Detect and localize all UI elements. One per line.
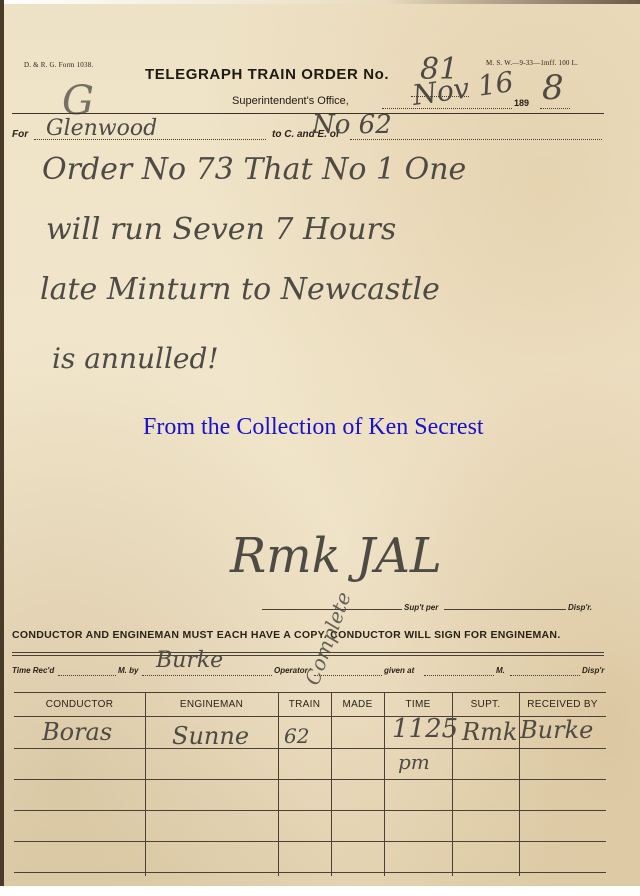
cell-time-suffix: pm xyxy=(398,750,430,774)
for-label: For xyxy=(12,129,28,140)
cell-conductor: Boras xyxy=(42,718,112,746)
date-line xyxy=(382,108,512,109)
col-header-engineman: ENGINEMAN xyxy=(145,699,278,710)
form-title: TELEGRAPH TRAIN ORDER No. xyxy=(145,66,389,83)
paper-top-edge xyxy=(0,0,640,4)
col-header-received-by: RECEIVED BY xyxy=(519,699,606,710)
copy-notice: CONDUCTOR AND ENGINEMAN MUST EACH HAVE A… xyxy=(12,629,561,641)
table-top-rule xyxy=(14,692,606,693)
order-line-2: will run Seven 7 Hours xyxy=(46,212,396,247)
year-line xyxy=(540,108,570,109)
form-number: D. & R. G. Form 1038. xyxy=(24,61,93,69)
year-prefix: 189 xyxy=(514,98,529,108)
supt-label: Sup't per xyxy=(404,603,438,612)
for-value: Glenwood xyxy=(46,116,157,141)
paper-left-edge xyxy=(0,0,4,896)
col-divider xyxy=(331,692,332,876)
order-line-1: Order No 73 That No 1 One xyxy=(42,152,466,187)
table-row-rule xyxy=(14,779,606,780)
col-header-supt: SUPT. xyxy=(452,699,519,710)
col-divider xyxy=(384,692,385,876)
col-header-time: TIME xyxy=(384,699,452,710)
table-row-rule xyxy=(14,810,606,811)
col-divider xyxy=(145,692,146,876)
office-label: Superintendent's Office, xyxy=(232,95,349,107)
order-line-3: late Minturn to Newcastle xyxy=(40,272,440,307)
m-by-label: M. by xyxy=(118,666,138,675)
col-header-conductor: CONDUCTOR xyxy=(14,699,145,710)
m-by-value: Burke xyxy=(156,648,223,673)
m-by-line xyxy=(142,675,272,676)
time-recd-line xyxy=(58,675,116,676)
table-row-rule xyxy=(14,748,606,749)
col-divider xyxy=(278,692,279,876)
cell-train: 62 xyxy=(284,724,309,748)
notice-rule-1 xyxy=(12,652,604,653)
disp-line xyxy=(444,609,566,610)
cell-engineman: Sunne xyxy=(172,722,249,750)
table-header-rule xyxy=(14,716,606,717)
time-recd-label: Time Rec'd xyxy=(12,666,54,675)
disp-label: Disp'r. xyxy=(568,603,592,612)
signature-value: Rmk JAL xyxy=(230,528,442,584)
table-bottom-rule xyxy=(14,872,606,873)
year-suffix: 8 xyxy=(542,68,564,108)
given-at-line xyxy=(424,675,494,676)
m-label: M. xyxy=(496,666,505,675)
paper-bottom-edge xyxy=(0,886,640,896)
collection-watermark: From the Collection of Ken Secrest xyxy=(143,414,484,441)
cell-received-by: Burke xyxy=(520,716,593,744)
dispr-label: Disp'r xyxy=(582,666,604,675)
given-at-label: given at xyxy=(384,666,414,675)
to-value: No 62 xyxy=(312,110,392,140)
col-header-made: MADE xyxy=(331,699,384,710)
col-header-train: TRAIN xyxy=(278,699,331,710)
table-row-rule xyxy=(14,841,606,842)
m-line xyxy=(510,675,580,676)
header-rule xyxy=(12,113,604,114)
cell-supt: Rmk xyxy=(462,718,517,746)
cell-time: 1125 xyxy=(392,714,458,744)
order-line-4: is annulled! xyxy=(52,342,219,375)
